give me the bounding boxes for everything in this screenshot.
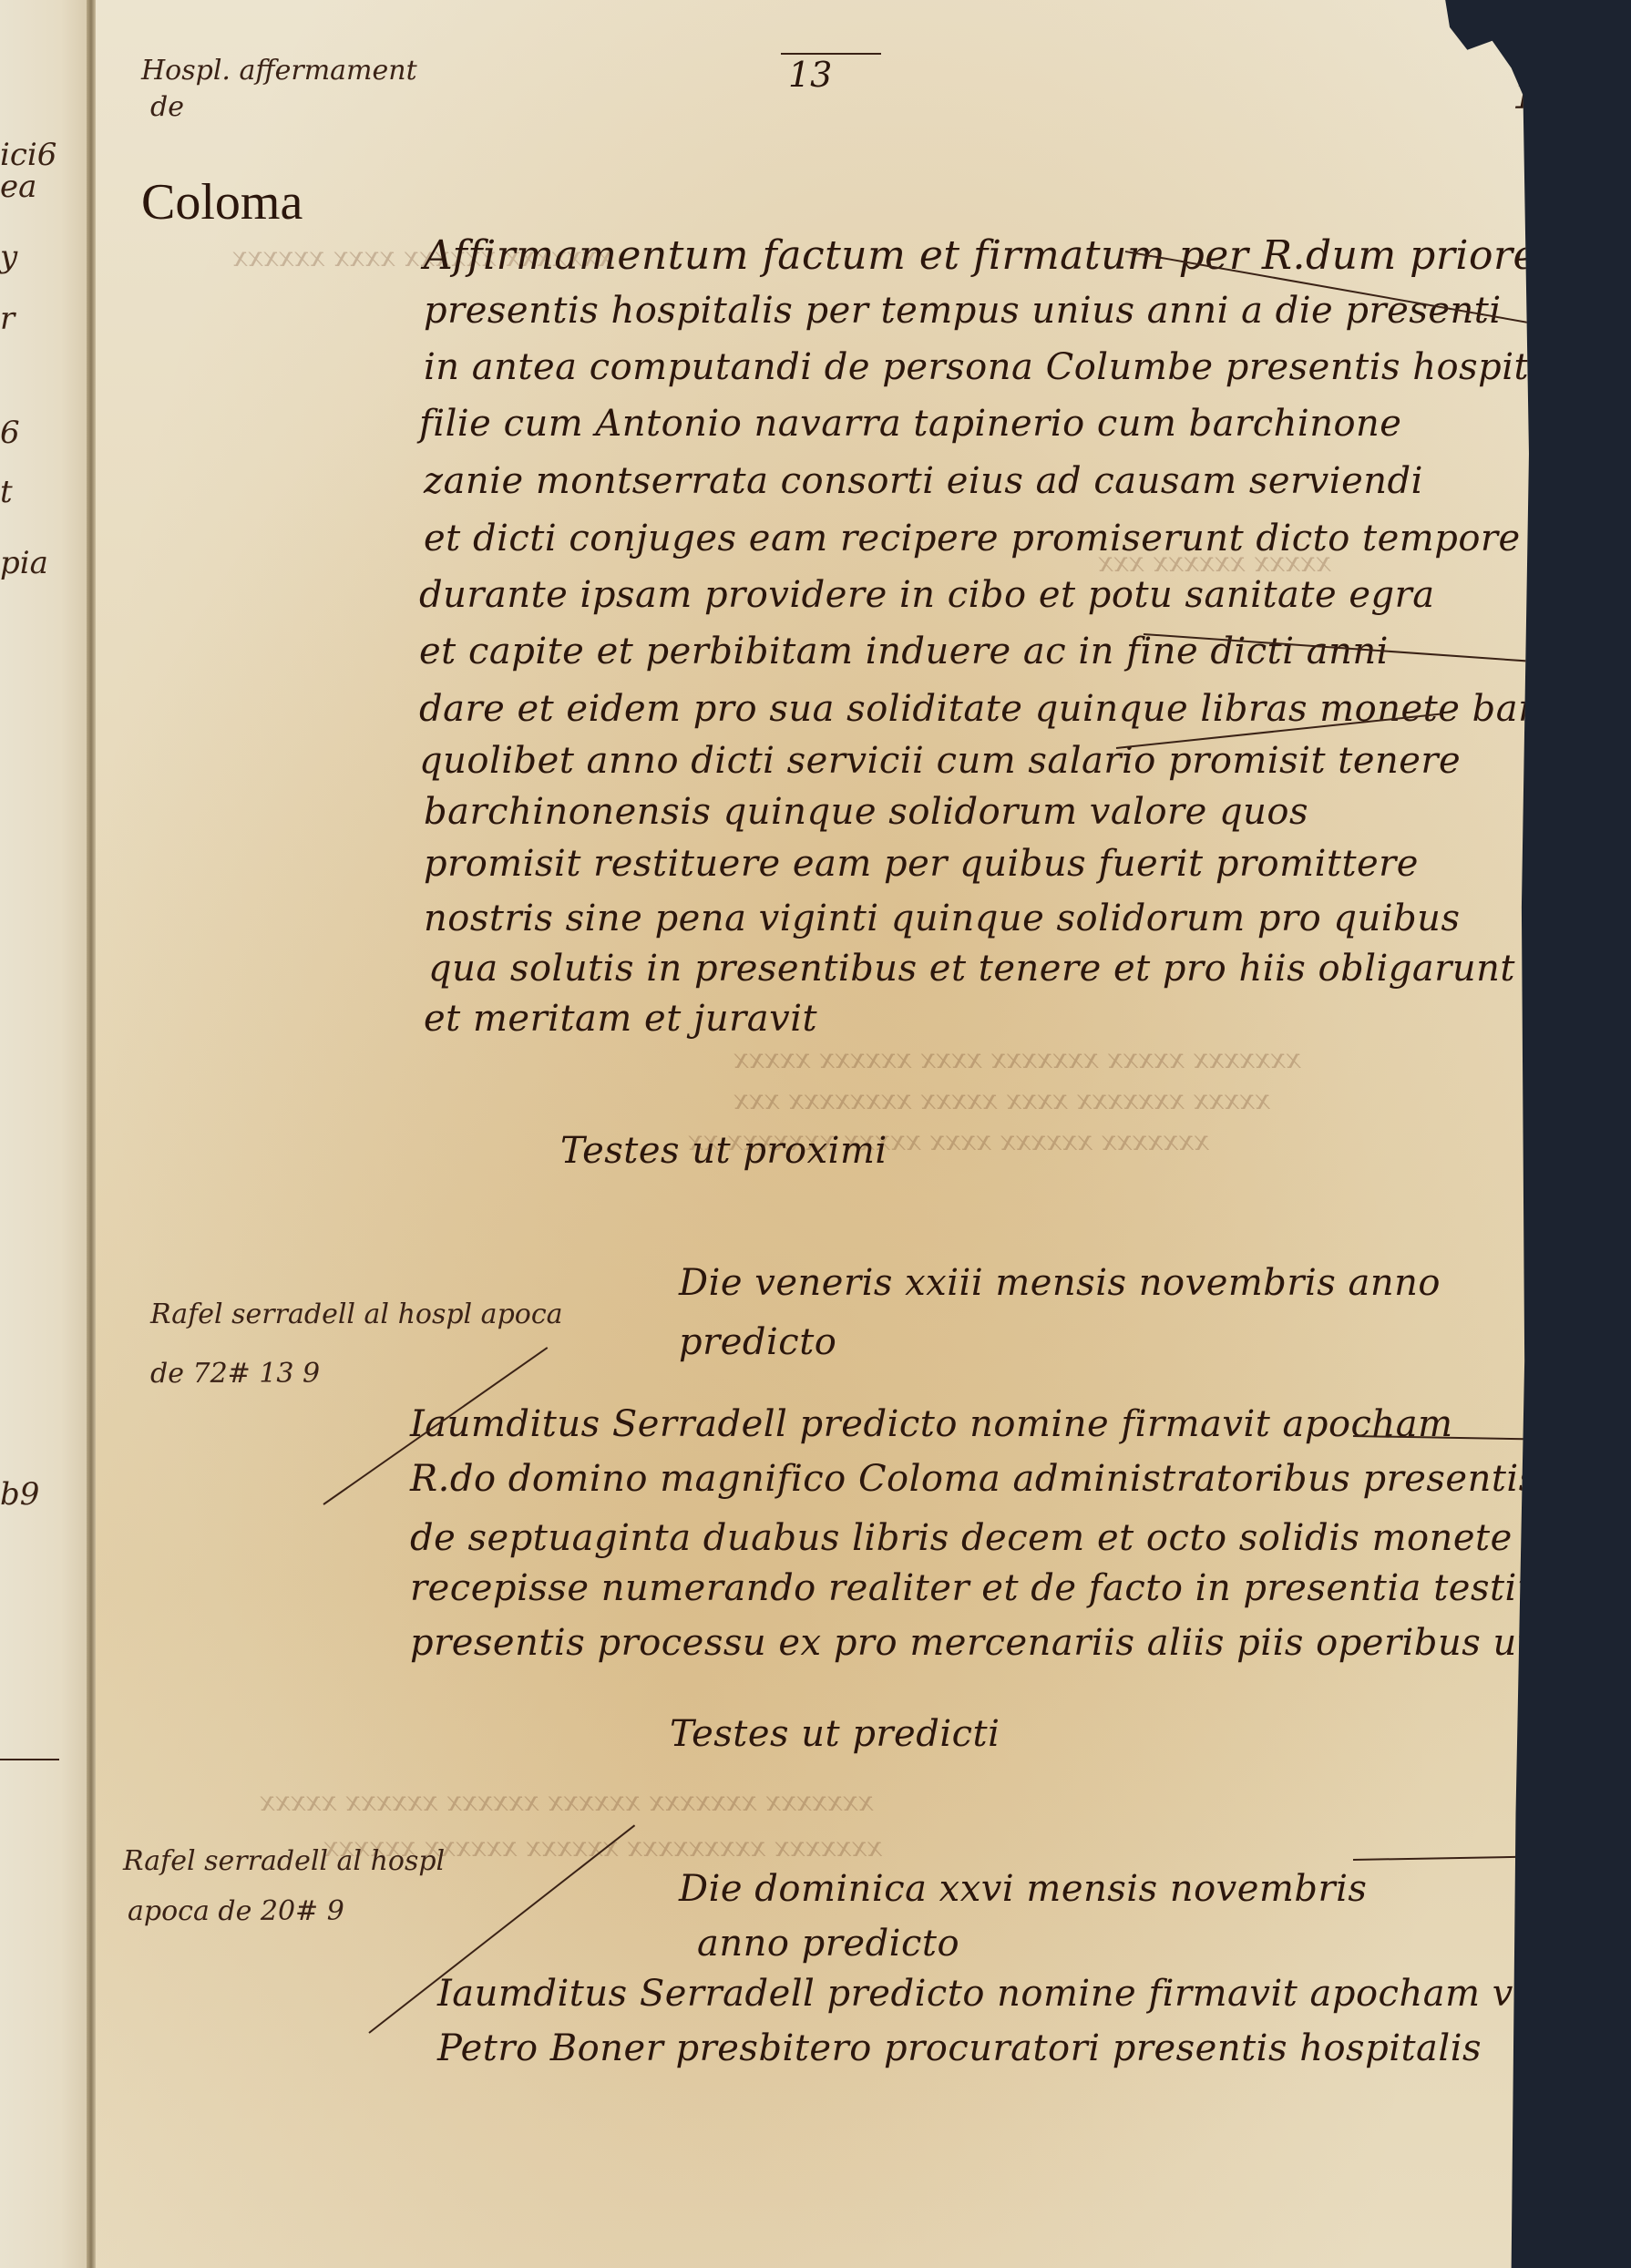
- prev-page-fragment: t: [0, 474, 13, 510]
- date-line: Die veneris xxiii mensis novembris anno: [679, 1262, 1441, 1304]
- entry-line: de septuaginta duabus libris decem et oc…: [410, 1517, 1631, 1559]
- date-line: predicto: [679, 1321, 836, 1363]
- entry-line: promisit restituere eam per quibus fueri…: [424, 843, 1419, 885]
- entry-line: Affirmamentum factum et firmatum per R.d…: [424, 232, 1575, 279]
- bleed-through-text: xxxxxxx xxxxxxx xxxxxx xxxxxx xxxxxx xxx…: [260, 1786, 874, 1818]
- margin-note-apoca-2: Rafel serradell al hospl: [123, 1845, 445, 1877]
- top-center-mark: 13: [788, 55, 832, 95]
- prev-page-rule: [0, 1759, 59, 1760]
- prev-page-fragment: ici6: [0, 137, 56, 173]
- folio-number: 19: [1513, 73, 1561, 118]
- entry-line: Iaumditus Serradell predicto nomine firm…: [410, 1403, 1453, 1445]
- entry-line: recepisse numerando realiter et de facto…: [410, 1567, 1631, 1609]
- previous-page-edge: ici6 ea y r 6 t pia b9: [0, 0, 87, 2268]
- entry-line: presentis hospitalis per tempus unius an…: [424, 290, 1502, 332]
- bleed-through-text: xxxxxxx xxxxx xxxxxxx xxxx xxxxxx xxxxx: [733, 1043, 1301, 1075]
- witness-line: Testes ut predicti: [670, 1713, 1000, 1755]
- entry-line: nostris sine pena viginti quinque solido…: [424, 898, 1460, 939]
- entry-line: zanie montserrata consorti eius ad causa…: [424, 460, 1423, 502]
- date-line: Die dominica xxvi mensis novembris: [679, 1868, 1367, 1910]
- prev-page-fragment: r: [0, 301, 15, 337]
- entry-line: et dicti conjuges eam recipere promiseru…: [424, 518, 1521, 559]
- entry-line: et capite et perbibitam induere ac in fi…: [419, 631, 1389, 672]
- entry-line: dare et eidem pro sua soliditate quinque…: [419, 688, 1631, 730]
- margin-note-apoca-1: Rafel serradell al hospl apoca: [150, 1298, 563, 1330]
- prev-page-fragment: 6: [0, 415, 20, 451]
- margin-note-top: Hospl. affermament: [141, 55, 417, 87]
- bleed-through-text: xxxxx xxxxxxx xxxx xxxxx xxxxxxxx xxx: [733, 1084, 1270, 1116]
- margin-note-apoca-2-amount: apoca de 20# 9: [128, 1895, 344, 1927]
- entry-line: quolibet anno dicti servicii cum salario…: [419, 740, 1461, 782]
- entry-line: barchinonensis quinque solidorum valore …: [424, 791, 1308, 833]
- manuscript-folio: xxxxxxx xxxxxx xxxx xxxxxx xxxxx xxxxxx …: [96, 0, 1563, 2268]
- entry-line: R.do domino magnifico Coloma administrat…: [410, 1458, 1631, 1500]
- entry-line: durante ipsam providere in cibo et potu …: [419, 574, 1435, 616]
- prev-page-fragment: ea: [0, 169, 36, 205]
- entry-line: Iaumditus Serradell predicto nomine firm…: [437, 1973, 1631, 2015]
- entry-line: in antea computandi de persona Columbe p…: [424, 346, 1595, 388]
- prev-page-fragment: pia: [0, 545, 48, 581]
- date-line: anno predicto: [697, 1923, 959, 1965]
- witness-line: Testes ut proximi: [560, 1130, 887, 1172]
- prev-page-fragment: b9: [0, 1476, 39, 1513]
- margin-heading-coloma: Coloma: [141, 173, 303, 231]
- prev-page-fragment: y: [0, 239, 17, 275]
- margin-note-top-2: de: [150, 91, 184, 123]
- top-center-rule: [781, 53, 881, 55]
- entry-line: et meritam et juravit: [424, 998, 817, 1040]
- entry-line: filie cum Antonio navarra tapinerio cum …: [419, 403, 1401, 445]
- entry-rule: [1353, 1855, 1563, 1861]
- entry-line: qua solutis in presentibus et tenere et …: [428, 948, 1620, 990]
- entry-line: Petro Boner presbitero procuratori prese…: [437, 2027, 1482, 2069]
- binding-gutter: [87, 0, 96, 2268]
- entry-line: presentis processu ex pro mercenariis al…: [410, 1622, 1631, 1664]
- margin-note-apoca-1-amount: de 72# 13 9: [150, 1358, 320, 1390]
